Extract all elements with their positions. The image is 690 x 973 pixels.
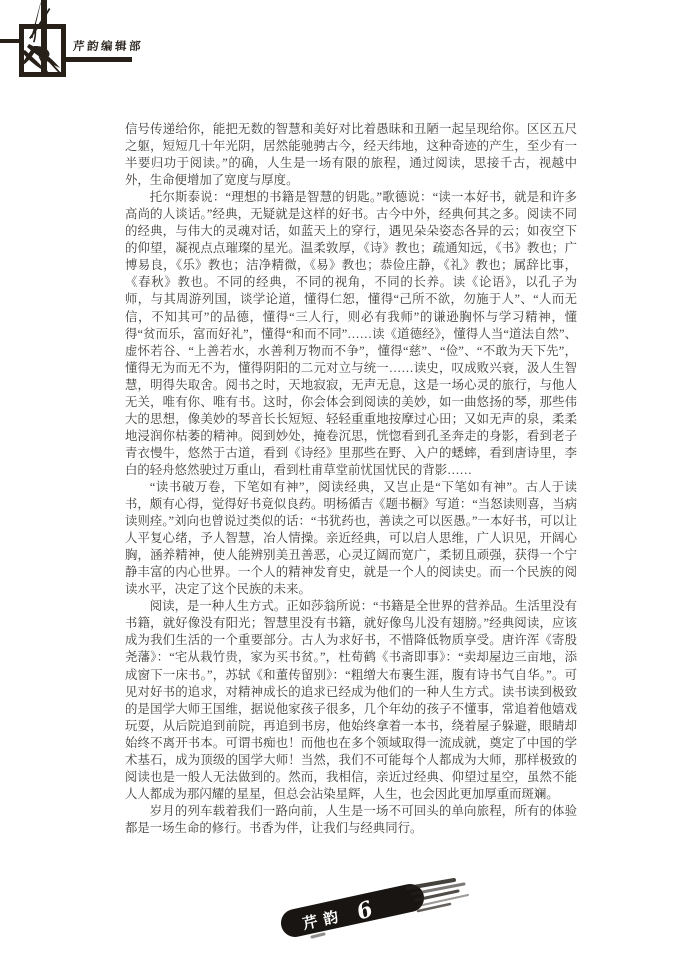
- vertical-rule: [41, 0, 47, 77]
- paragraph: “读书破万卷，下笔如有神”，阅读经典，又岂止是“下笔如有神”。古人于读书，颇有心…: [125, 479, 577, 598]
- footer-brush-mark: 芹韵 6: [268, 880, 478, 965]
- paragraph: 信号传递给你，能把无数的智慧和美好对比着愚昧和丑陋一起呈现给你。区区五尺之躯，短…: [125, 121, 577, 189]
- magazine-page: { "header": { "brand_name": "芹韵编辑部" }, "…: [0, 0, 690, 973]
- paragraph: 岁月的列车载着我们一路向前，人生是一场不可回头的单向旅程，所有的体验都是一场生命…: [125, 803, 577, 837]
- right-rule: [66, 57, 132, 62]
- brand-name: 芹韵编辑部: [72, 38, 143, 54]
- article-body: 信号传递给你，能把无数的智慧和美好对比着愚昧和丑陋一起呈现给你。区区五尺之躯，短…: [125, 121, 577, 837]
- paragraph: 阅读，是一种人生方式。正如莎翁所说：“书籍是全世界的营养品。生活里没有书籍，就好…: [125, 598, 577, 803]
- paragraph: 托尔斯泰说：“理想的书籍是智慧的钥匙。”歌德说：“读一本好书，就是和许多高尚的人…: [125, 189, 577, 479]
